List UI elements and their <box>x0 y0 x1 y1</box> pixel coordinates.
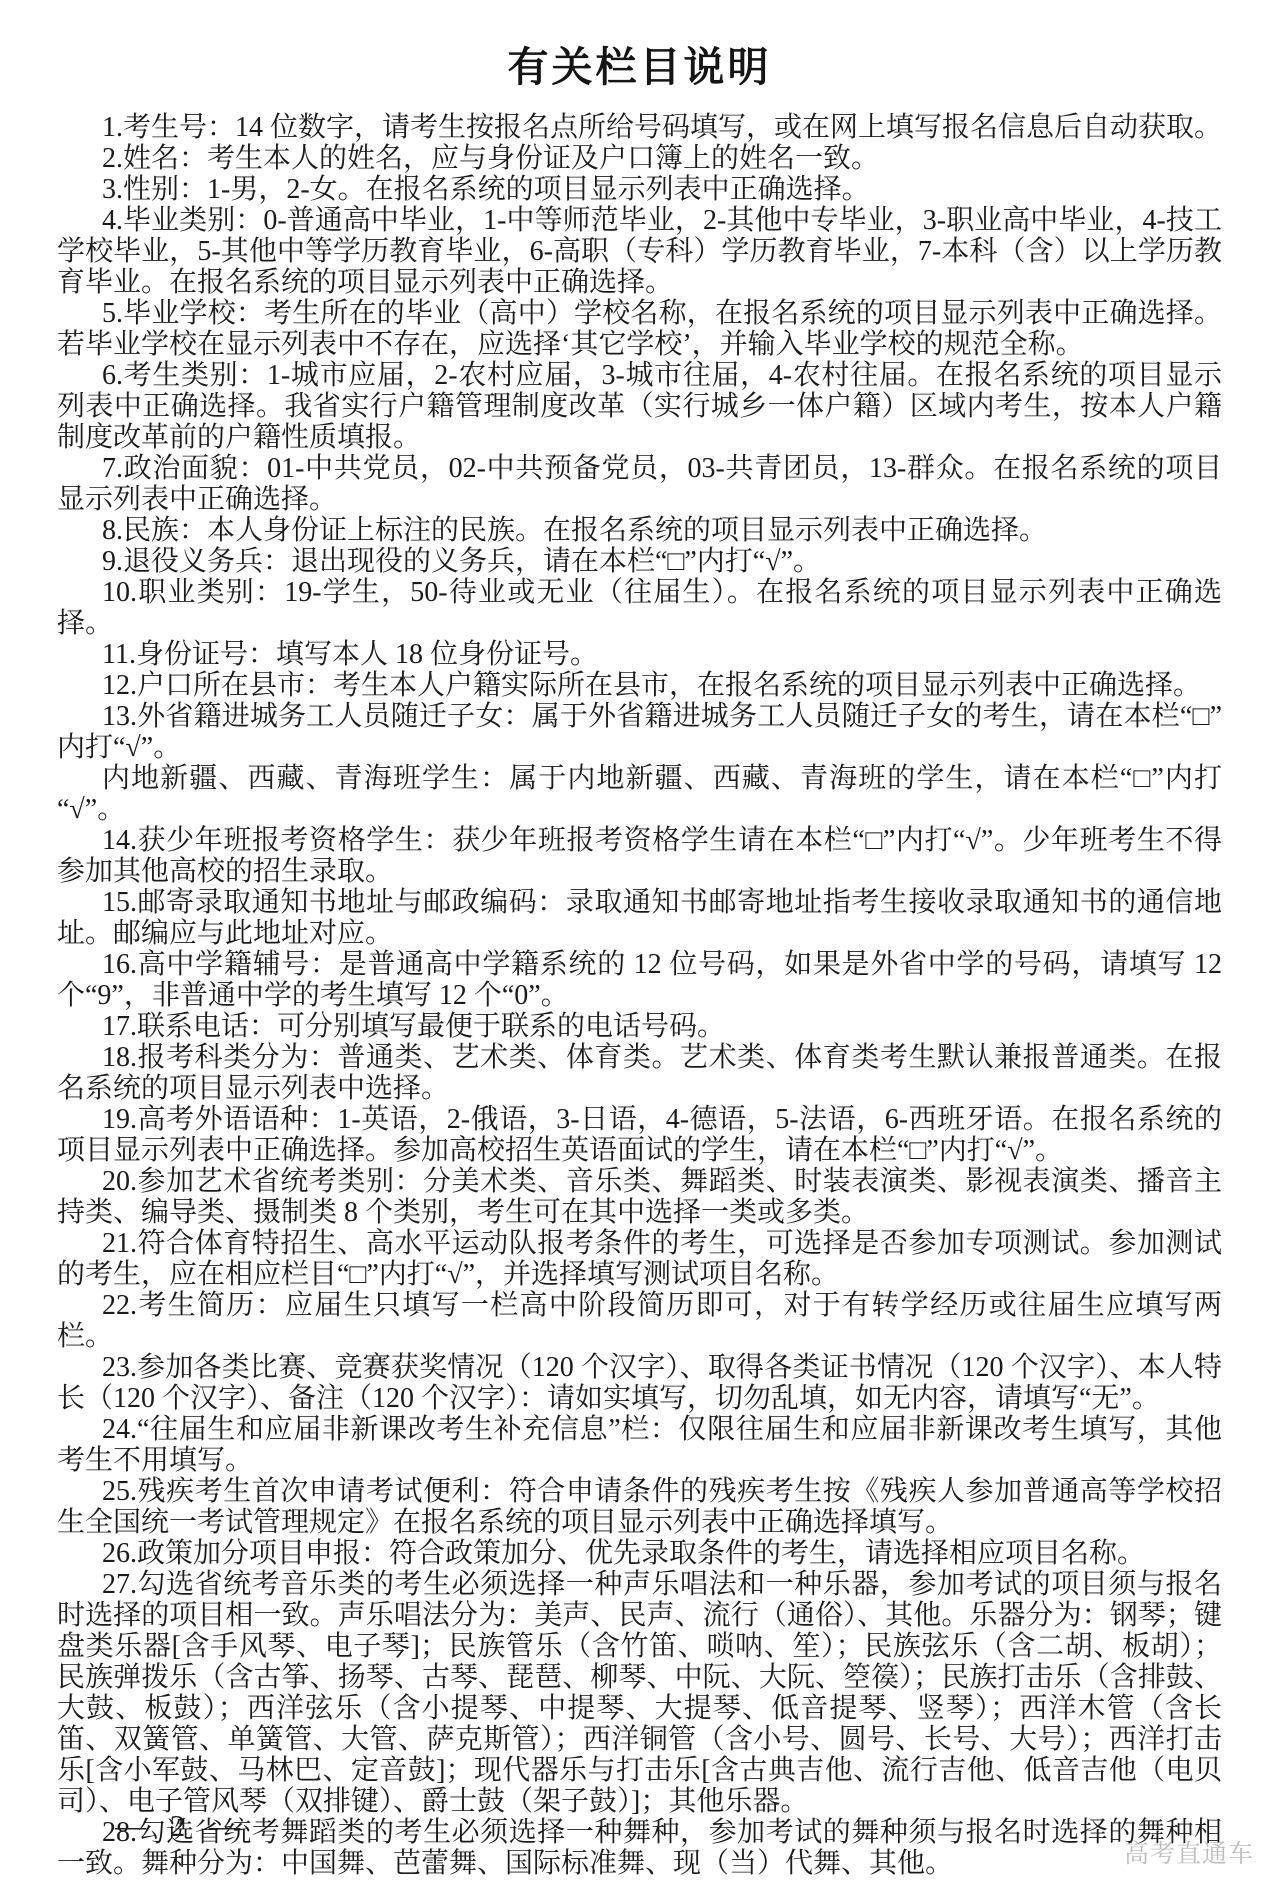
item-26: 26.政策加分项目申报：符合政策加分、优先录取条件的考生，请选择相应项目名称。 <box>57 1538 1222 1569</box>
item-23: 23.参加各类比赛、竞赛获奖情况（120 个汉字）、取得各类证书情况（120 个… <box>57 1352 1222 1414</box>
item-22: 22.考生简历：应届生只填写一栏高中阶段简历即可，对于有转学经历或往届生应填写两… <box>57 1290 1222 1352</box>
item-14: 14.获少年班报考资格学生：获少年班报考资格学生请在本栏“□”内打“√”。少年班… <box>57 825 1222 887</box>
item-1: 1.考生号：14 位数字，请考生按报名点所给号码填写，或在网上填写报名信息后自动… <box>57 112 1222 143</box>
item-13-note: 内地新疆、西藏、青海班学生：属于内地新疆、西藏、青海班的学生，请在本栏“□”内打… <box>57 763 1222 825</box>
page-title: 有关栏目说明 <box>57 42 1222 92</box>
document-page: 有关栏目说明 1.考生号：14 位数字，请考生按报名点所给号码填写，或在网上填写… <box>0 0 1280 1892</box>
item-3: 3.性别：1-男，2-女。在报名系统的项目显示列表中正确选择。 <box>57 174 1222 205</box>
item-27: 27.勾选省统考音乐类的考生必须选择一种声乐唱法和一种乐器，参加考试的项目须与报… <box>57 1569 1222 1817</box>
item-8: 8.民族：本人身份证上标注的民族。在报名系统的项目显示列表中正确选择。 <box>57 515 1222 546</box>
item-13: 13.外省籍进城务工人员随迁子女：属于外省籍进城务工人员随迁子女的考生，请在本栏… <box>57 701 1222 763</box>
item-6: 6.考生类别：1-城市应届，2-农村应届，3-城市往届，4-农村往届。在报名系统… <box>57 360 1222 453</box>
item-18: 18.报考科类分为：普通类、艺术类、体育类。艺术类、体育类考生默认兼报普通类。在… <box>57 1042 1222 1104</box>
item-7: 7.政治面貌：01-中共党员，02-中共预备党员，03-共青团员，13-群众。在… <box>57 453 1222 515</box>
item-9: 9.退役义务兵：退出现役的义务兵，请在本栏“□”内打“√”。 <box>57 546 1222 577</box>
item-17: 17.联系电话：可分别填写最便于联系的电话号码。 <box>57 1011 1222 1042</box>
watermark-text: 高考直通车 <box>1124 1834 1254 1870</box>
item-11: 11.身份证号：填写本人 18 位身份证号。 <box>57 639 1222 670</box>
item-4: 4.毕业类别：0-普通高中毕业，1-中等师范毕业，2-其他中专毕业，3-职业高中… <box>57 205 1222 298</box>
item-24: 24.“往届生和应届非新课改考生补充信息”栏：仅限往届生和应届非新课改考生填写，… <box>57 1414 1222 1476</box>
page-number: — 2 — <box>115 1808 248 1844</box>
item-20: 20.参加艺术省统考类别：分美术类、音乐类、舞蹈类、时装表演类、影视表演类、播音… <box>57 1166 1222 1228</box>
item-19: 19.高考外语语种：1-英语，2-俄语，3-日语，4-德语，5-法语，6-西班牙… <box>57 1104 1222 1166</box>
item-16: 16.高中学籍辅号：是普通高中学籍系统的 12 位号码，如果是外省中学的号码，请… <box>57 949 1222 1011</box>
item-10: 10.职业类别：19-学生，50-待业或无业（往届生）。在报名系统的项目显示列表… <box>57 577 1222 639</box>
item-12: 12.户口所在县市：考生本人户籍实际所在县市，在报名系统的项目显示列表中正确选择… <box>57 670 1222 701</box>
item-21: 21.符合体育特招生、高水平运动队报考条件的考生，可选择是否参加专项测试。参加测… <box>57 1228 1222 1290</box>
item-15: 15.邮寄录取通知书地址与邮政编码：录取通知书邮寄地址指考生接收录取通知书的通信… <box>57 887 1222 949</box>
item-2: 2.姓名：考生本人的姓名，应与身份证及户口簿上的姓名一致。 <box>57 143 1222 174</box>
item-5: 5.毕业学校：考生所在的毕业（高中）学校名称，在报名系统的项目显示列表中正确选择… <box>57 298 1222 360</box>
item-25: 25.残疾考生首次申请考试便利：符合申请条件的残疾考生按《残疾人参加普通高等学校… <box>57 1476 1222 1538</box>
